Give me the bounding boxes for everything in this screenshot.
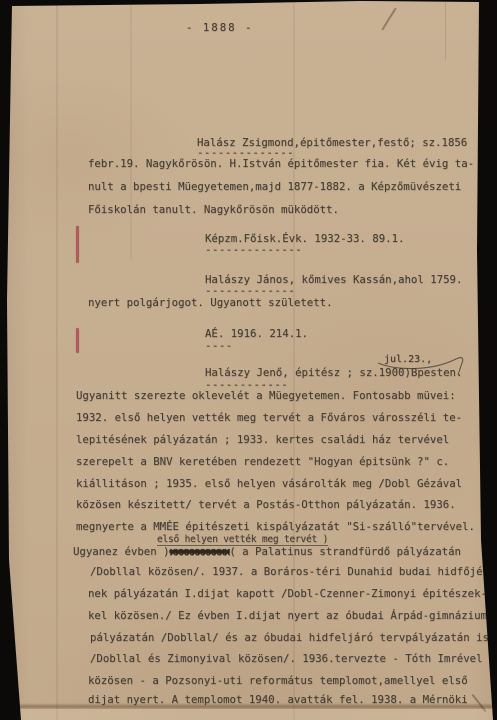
text-line: nult a bpesti Müegyetemen,majd 1877-1882… [88,181,461,192]
text-line: nyert polgárjogot. Ugyanott született. [88,297,333,308]
text-line: Ugyanitt szerezte oklevelét a Müegyeteme… [76,390,456,401]
text-line: megnyerte a MMÉE épitészeti kispályázatá… [76,521,475,532]
text-line: febr.19. Nagykőrösön. H.István épitőmest… [88,158,474,169]
text-line: kiállitáson ; 1935. első helyen vásárolt… [76,478,462,489]
paper-crease [130,0,132,260]
pencil-mark [381,7,396,30]
page-number: - 1888 - [186,22,253,33]
red-margin-mark [76,328,79,353]
line-prefix: Ugyanez évben ) [73,545,170,558]
text-line: /Dobllal és Zimonyival közösen/. 1936.te… [90,653,483,664]
line-suffix: ( a Palatinus strandfürdő pályázatán [229,545,461,558]
text-line-with-strikethrough: Ugyanez évben )xxxxxxxxxxx( a Palatinus … [73,546,461,557]
paper-crease [56,0,58,720]
text-line: /Dobllal közösen/. 1937. a Boráros-téri … [90,566,489,577]
interlinear-insertion: első helyen vették meg tervét ) [157,533,328,545]
text-line: kel közösen./ Ez évben I.dijat nyert az … [88,610,487,621]
text-line: 1932. első helyen vették meg tervét a Fő… [76,412,462,423]
text-line: lepitésének pályázatán ; 1933. kertes cs… [76,434,449,445]
citation-line: AÉ. 1916. 214.1. [205,328,308,339]
text-line: pályázatán /Dobllal/ és az óbudai hidfel… [90,632,489,643]
scanned-page: - 1888 - Halász Zsigmond,épitőmester,fes… [0,0,497,720]
underlying-page-edge [10,709,497,720]
red-margin-mark [76,226,79,263]
text-line: nek pályázatán I.dijat kapott /Dobl-Czen… [88,588,487,599]
entry-heading: Halászy Jenő, épitész ; sz.1900)Bpesten. [205,367,462,378]
text-line: közösen készitett/ tervét a Postás-Ottho… [76,499,456,510]
text-line: szerepelt a BNV keretében rendezett "Hog… [76,456,449,467]
strikethrough-text: xxxxxxxxxxx [170,545,230,558]
paper-crease [445,0,446,60]
text-line: közösen - a Pozsonyi-uti református temp… [88,675,468,686]
heading-underline: ------------- [205,285,295,296]
text-line: Főiskolán tanult. Nagykőrösön müködött. [88,204,339,215]
citation-underline: -------------- [205,244,302,255]
citation-underline: ---- [205,340,233,351]
